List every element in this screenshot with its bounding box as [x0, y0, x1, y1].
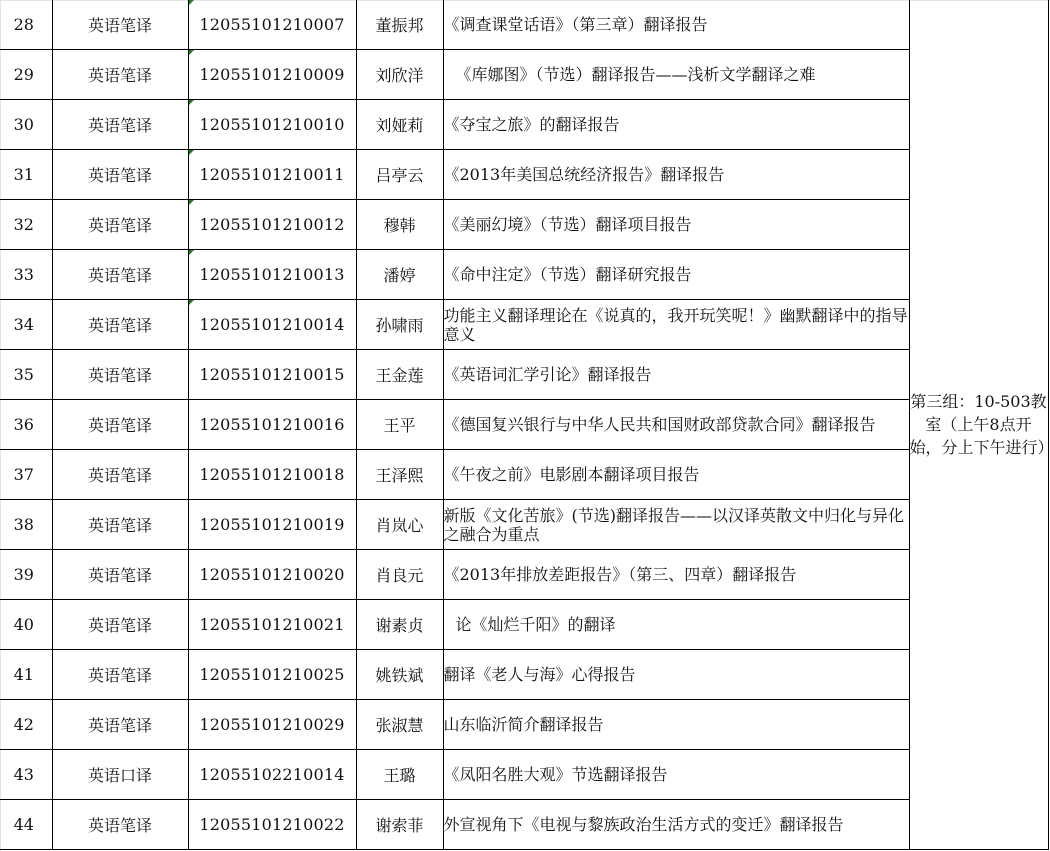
cell-major[interactable]: 英语笔译	[52, 50, 188, 100]
cell-title-text: 《调查课堂话语》（第三章）翻译报告	[444, 15, 708, 34]
cell-student-id-text: 12055101210013	[199, 265, 344, 284]
cell-major[interactable]: 英语笔译	[52, 450, 188, 500]
cell-student-id-text: 12055101210012	[199, 215, 344, 234]
cell-title[interactable]: 《调查课堂话语》（第三章）翻译报告	[443, 0, 909, 50]
cell-title-text: 翻译《老人与海》心得报告	[444, 665, 636, 684]
cell-student-id-text: 12055101210022	[199, 815, 344, 834]
cell-number[interactable]: 43	[0, 750, 52, 800]
cell-name[interactable]: 董振邦	[356, 0, 443, 50]
cell-name-text: 肖良元	[375, 566, 423, 585]
cell-name[interactable]: 姚铁斌	[356, 650, 443, 700]
cell-number[interactable]: 34	[0, 300, 52, 350]
cell-title-text: 《美丽幻境》（节选）翻译项目报告	[444, 215, 692, 234]
cell-group-merged[interactable]: 第三组：10-503教室（上午8点开始，分上下午进行）	[909, 0, 1048, 850]
cell-number-text: 31	[14, 165, 34, 184]
cell-major-text: 英语笔译	[88, 816, 152, 835]
cell-name-text: 董振邦	[375, 16, 423, 35]
cell-title[interactable]: 《午夜之前》电影剧本翻译项目报告	[443, 450, 909, 500]
cell-name[interactable]: 王璐	[356, 750, 443, 800]
cell-student-id[interactable]: 12055101210021	[188, 600, 356, 650]
cell-title-text: 《凤阳名胜大观》节选翻译报告	[444, 765, 668, 784]
number-as-text-marker-icon	[189, 0, 194, 5]
table-row: 38英语笔译12055101210019肖岚心新版《文化苦旅》(节选)翻译报告—…	[0, 500, 1048, 550]
cell-title-text: 《夺宝之旅》的翻译报告	[444, 115, 620, 134]
cell-major-text: 英语笔译	[88, 16, 152, 35]
cell-student-id-text: 12055101210018	[199, 465, 344, 484]
table-row: 44英语笔译12055101210022谢索菲外宣视角下《电视与黎族政治生活方式…	[0, 800, 1048, 850]
cell-number[interactable]: 40	[0, 600, 52, 650]
cell-number[interactable]: 36	[0, 400, 52, 450]
cell-name-text: 孙啸雨	[375, 316, 423, 335]
cell-name-text: 王平	[383, 416, 415, 435]
cell-title-text: 《库娜图》（节选）翻译报告——浅析文学翻译之难	[456, 65, 816, 84]
cell-name[interactable]: 王金莲	[356, 350, 443, 400]
cell-title-text: 《英语词汇学引论》翻译报告	[444, 365, 652, 384]
cell-title[interactable]: 《美丽幻境》（节选）翻译项目报告	[443, 200, 909, 250]
cell-title[interactable]: 《命中注定》（节选）翻译研究报告	[443, 250, 909, 300]
cell-student-id-text: 12055101210019	[199, 515, 344, 534]
cell-title-text: 山东临沂简介翻译报告	[444, 715, 604, 734]
cell-title[interactable]: 《2013年美国总统经济报告》翻译报告	[443, 150, 909, 200]
cell-number[interactable]: 39	[0, 550, 52, 600]
cell-major-text: 英语笔译	[88, 716, 152, 735]
cell-major-text: 英语笔译	[88, 616, 152, 635]
table-body: 28英语笔译12055101210007董振邦《调查课堂话语》（第三章）翻译报告…	[0, 0, 1048, 850]
table-row: 42英语笔译12055101210029张淑慧山东临沂简介翻译报告	[0, 700, 1048, 750]
cell-name[interactable]: 肖良元	[356, 550, 443, 600]
cell-major[interactable]: 英语笔译	[52, 700, 188, 750]
cell-major-text: 英语笔译	[88, 566, 152, 585]
cell-major-text: 英语口译	[88, 766, 152, 785]
cell-title-text: 新版《文化苦旅》(节选)翻译报告——以汉译英散文中归化与异化之融合为重点	[444, 506, 905, 544]
cell-student-id-text: 12055101210015	[199, 365, 344, 384]
cell-name[interactable]: 穆韩	[356, 200, 443, 250]
table-row: 35英语笔译12055101210015王金莲《英语词汇学引论》翻译报告	[0, 350, 1048, 400]
cell-major[interactable]: 英语笔译	[52, 350, 188, 400]
cell-title-text: 《命中注定》（节选）翻译研究报告	[444, 265, 692, 284]
cell-number-text: 44	[14, 815, 34, 834]
cell-student-id-text: 12055101210007	[199, 15, 344, 34]
cell-student-id[interactable]: 12055101210012	[188, 200, 356, 250]
table-row: 31英语笔译12055101210011吕亭云《2013年美国总统经济报告》翻译…	[0, 150, 1048, 200]
cell-group-merged-text: 第三组：10-503教室（上午8点开始，分上下午进行）	[910, 392, 1049, 457]
cell-student-id[interactable]: 12055101210007	[188, 0, 356, 50]
cell-number-text: 33	[14, 265, 34, 284]
cell-number[interactable]: 38	[0, 500, 52, 550]
cell-major[interactable]: 英语口译	[52, 750, 188, 800]
cell-name[interactable]: 刘欣洋	[356, 50, 443, 100]
number-as-text-marker-icon	[189, 250, 194, 255]
cell-title-text: 《午夜之前》电影剧本翻译项目报告	[444, 465, 700, 484]
cell-major-text: 英语笔译	[88, 66, 152, 85]
cell-number[interactable]: 28	[0, 0, 52, 50]
cell-student-id[interactable]: 12055101210013	[188, 250, 356, 300]
cell-major-text: 英语笔译	[88, 316, 152, 335]
cell-title-text: 外宣视角下《电视与黎族政治生活方式的变迁》翻译报告	[444, 815, 844, 834]
cell-student-id[interactable]: 12055101210009	[188, 50, 356, 100]
cell-number-text: 42	[14, 715, 34, 734]
number-as-text-marker-icon	[189, 50, 194, 55]
cell-title-text: 功能主义翻译理论在《说真的，我开玩笑呢！》幽默翻译中的指导意义	[444, 306, 908, 344]
cell-number[interactable]: 35	[0, 350, 52, 400]
cell-number-text: 40	[14, 615, 34, 634]
cell-number-text: 35	[14, 365, 34, 384]
number-as-text-marker-icon	[189, 150, 194, 155]
table-row: 41英语笔译12055101210025姚铁斌翻译《老人与海》心得报告	[0, 650, 1048, 700]
table-row: 29英语笔译12055101210009刘欣洋《库娜图》（节选）翻译报告——浅析…	[0, 50, 1048, 100]
cell-student-id[interactable]: 12055101210019	[188, 500, 356, 550]
number-as-text-marker-icon	[189, 100, 194, 105]
cell-student-id-text: 12055101210020	[199, 565, 344, 584]
cell-number-text: 37	[14, 465, 34, 484]
cell-student-id[interactable]: 12055101210015	[188, 350, 356, 400]
cell-number[interactable]: 32	[0, 200, 52, 250]
cell-title-text: 《2013年美国总统经济报告》翻译报告	[444, 165, 725, 184]
cell-number-text: 29	[14, 65, 34, 84]
table-row: 40英语笔译12055101210021谢素贞论《灿烂千阳》的翻译	[0, 600, 1048, 650]
cell-name-text: 肖岚心	[375, 516, 423, 535]
cell-name[interactable]: 潘婷	[356, 250, 443, 300]
cell-title[interactable]: 《德国复兴银行与中华人民共和国财政部贷款合同》翻译报告	[443, 400, 909, 450]
cell-student-id-text: 12055102210014	[199, 765, 344, 784]
cell-student-id[interactable]: 12055101210025	[188, 650, 356, 700]
cell-title[interactable]: 新版《文化苦旅》(节选)翻译报告——以汉译英散文中归化与异化之融合为重点	[443, 500, 909, 550]
cell-major[interactable]: 英语笔译	[52, 400, 188, 450]
cell-major-text: 英语笔译	[88, 166, 152, 185]
cell-major-text: 英语笔译	[88, 416, 152, 435]
cell-number[interactable]: 41	[0, 650, 52, 700]
cell-number-text: 43	[14, 765, 34, 784]
cell-student-id[interactable]: 12055101210018	[188, 450, 356, 500]
cell-major-text: 英语笔译	[88, 466, 152, 485]
cell-major-text: 英语笔译	[88, 516, 152, 535]
cell-name[interactable]: 刘娅莉	[356, 100, 443, 150]
table-row: 32英语笔译12055101210012穆韩《美丽幻境》（节选）翻译项目报告	[0, 200, 1048, 250]
cell-number[interactable]: 44	[0, 800, 52, 850]
cell-student-id[interactable]: 12055101210011	[188, 150, 356, 200]
cell-name-text: 吕亭云	[375, 166, 423, 185]
cell-name-text: 刘娅莉	[375, 116, 423, 135]
cell-title[interactable]: 《凤阳名胜大观》节选翻译报告	[443, 750, 909, 800]
cell-student-id-text: 12055101210009	[199, 65, 344, 84]
table-row: 43英语口译12055102210014王璐《凤阳名胜大观》节选翻译报告	[0, 750, 1048, 800]
cell-name-text: 王金莲	[375, 366, 423, 385]
cell-number-text: 34	[14, 315, 34, 334]
cell-major[interactable]: 英语笔译	[52, 600, 188, 650]
cell-student-id-text: 12055101210010	[199, 115, 344, 134]
cell-student-id-text: 12055101210016	[199, 415, 344, 434]
cell-major[interactable]: 英语笔译	[52, 800, 188, 850]
cell-name[interactable]: 王泽熙	[356, 450, 443, 500]
cell-number[interactable]: 31	[0, 150, 52, 200]
cell-student-id-text: 12055101210029	[199, 715, 344, 734]
cell-number-text: 36	[14, 415, 34, 434]
cell-student-id[interactable]: 12055101210014	[188, 300, 356, 350]
cell-number-text: 28	[14, 15, 34, 34]
cell-number-text: 41	[14, 665, 34, 684]
cell-name-text: 谢索菲	[375, 816, 423, 835]
cell-name[interactable]: 肖岚心	[356, 500, 443, 550]
cell-title[interactable]: 《英语词汇学引论》翻译报告	[443, 350, 909, 400]
cell-major-text: 英语笔译	[88, 266, 152, 285]
cell-number[interactable]: 29	[0, 50, 52, 100]
cell-title[interactable]: 外宣视角下《电视与黎族政治生活方式的变迁》翻译报告	[443, 800, 909, 850]
cell-name-text: 姚铁斌	[375, 666, 423, 685]
cell-name-text: 王璐	[383, 766, 415, 785]
number-as-text-marker-icon	[189, 300, 194, 305]
cell-title[interactable]: 《2013年排放差距报告》（第三、四章）翻译报告	[443, 550, 909, 600]
cell-name[interactable]: 吕亭云	[356, 150, 443, 200]
cell-title[interactable]: 功能主义翻译理论在《说真的，我开玩笑呢！》幽默翻译中的指导意义	[443, 300, 909, 350]
cell-student-id[interactable]: 12055101210022	[188, 800, 356, 850]
table-row: 28英语笔译12055101210007董振邦《调查课堂话语》（第三章）翻译报告…	[0, 0, 1048, 50]
cell-number[interactable]: 37	[0, 450, 52, 500]
cell-title[interactable]: 论《灿烂千阳》的翻译	[443, 600, 909, 650]
cell-number[interactable]: 30	[0, 100, 52, 150]
cell-student-id[interactable]: 12055101210010	[188, 100, 356, 150]
cell-number[interactable]: 42	[0, 700, 52, 750]
cell-major[interactable]: 英语笔译	[52, 550, 188, 600]
table-row: 34英语笔译12055101210014孙啸雨功能主义翻译理论在《说真的，我开玩…	[0, 300, 1048, 350]
cell-major-text: 英语笔译	[88, 366, 152, 385]
cell-major[interactable]: 英语笔译	[52, 200, 188, 250]
cell-major[interactable]: 英语笔译	[52, 150, 188, 200]
cell-major[interactable]: 英语笔译	[52, 250, 188, 300]
cell-student-id-text: 12055101210014	[199, 315, 344, 334]
cell-title[interactable]: 《夺宝之旅》的翻译报告	[443, 100, 909, 150]
cell-title-text: 《德国复兴银行与中华人民共和国财政部贷款合同》翻译报告	[444, 415, 876, 434]
cell-name[interactable]: 孙啸雨	[356, 300, 443, 350]
cell-number-text: 39	[14, 565, 34, 584]
cell-name-text: 潘婷	[383, 266, 415, 285]
cell-name-text: 张淑慧	[375, 716, 423, 735]
cell-student-id[interactable]: 12055101210016	[188, 400, 356, 450]
cell-number[interactable]: 33	[0, 250, 52, 300]
defense-schedule-table: 28英语笔译12055101210007董振邦《调查课堂话语》（第三章）翻译报告…	[0, 0, 1049, 850]
cell-student-id[interactable]: 12055101210029	[188, 700, 356, 750]
cell-name-text: 王泽熙	[375, 466, 423, 485]
cell-name[interactable]: 谢素贞	[356, 600, 443, 650]
cell-student-id-text: 12055101210025	[199, 665, 344, 684]
cell-major-text: 英语笔译	[88, 666, 152, 685]
cell-number-text: 30	[14, 115, 34, 134]
cell-student-id[interactable]: 12055102210014	[188, 750, 356, 800]
cell-major-text: 英语笔译	[88, 216, 152, 235]
table-row: 33英语笔译12055101210013潘婷《命中注定》（节选）翻译研究报告	[0, 250, 1048, 300]
cell-title-text: 论《灿烂千阳》的翻译	[456, 615, 616, 634]
cell-name-text: 穆韩	[383, 216, 415, 235]
cell-name[interactable]: 张淑慧	[356, 700, 443, 750]
table-row: 36英语笔译12055101210016王平《德国复兴银行与中华人民共和国财政部…	[0, 400, 1048, 450]
cell-student-id[interactable]: 12055101210020	[188, 550, 356, 600]
cell-major-text: 英语笔译	[88, 116, 152, 135]
cell-title[interactable]: 《库娜图》（节选）翻译报告——浅析文学翻译之难	[443, 50, 909, 100]
table-row: 37英语笔译12055101210018王泽熙《午夜之前》电影剧本翻译项目报告	[0, 450, 1048, 500]
cell-name-text: 谢素贞	[375, 616, 423, 635]
cell-major[interactable]: 英语笔译	[52, 650, 188, 700]
cell-major[interactable]: 英语笔译	[52, 300, 188, 350]
cell-title[interactable]: 翻译《老人与海》心得报告	[443, 650, 909, 700]
table-row: 39英语笔译12055101210020肖良元《2013年排放差距报告》（第三、…	[0, 550, 1048, 600]
cell-major[interactable]: 英语笔译	[52, 0, 188, 50]
cell-title-text: 《2013年排放差距报告》（第三、四章）翻译报告	[444, 565, 797, 584]
number-as-text-marker-icon	[189, 200, 194, 205]
cell-major[interactable]: 英语笔译	[52, 500, 188, 550]
table-row: 30英语笔译12055101210010刘娅莉《夺宝之旅》的翻译报告	[0, 100, 1048, 150]
cell-number-text: 38	[14, 515, 34, 534]
cell-name[interactable]: 王平	[356, 400, 443, 450]
cell-number-text: 32	[14, 215, 34, 234]
cell-title[interactable]: 山东临沂简介翻译报告	[443, 700, 909, 750]
cell-student-id-text: 12055101210011	[199, 165, 344, 184]
cell-student-id-text: 12055101210021	[199, 615, 344, 634]
cell-name-text: 刘欣洋	[375, 66, 423, 85]
cell-name[interactable]: 谢索菲	[356, 800, 443, 850]
cell-major[interactable]: 英语笔译	[52, 100, 188, 150]
